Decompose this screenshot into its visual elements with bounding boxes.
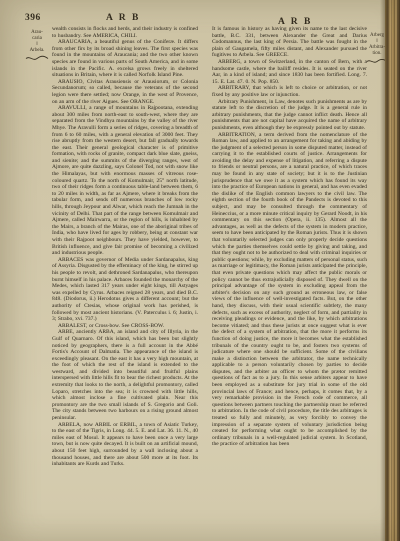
book-fore-edge <box>385 0 400 541</box>
entry-araucaria: ARAUCARIA, a beautiful genus of the Coni… <box>52 39 198 79</box>
margin-note-line: Arau- <box>31 30 43 35</box>
entry-arbitrary-punishment: Arbitrary Punishment, in Law, denotes su… <box>212 99 367 132</box>
margin-note-left: Arau- caria ‖ Arbela. <box>22 30 52 62</box>
entry-arausio: ARAUSIO, Civitas Arausiensis or Arausior… <box>52 79 198 105</box>
margin-note-line: ‖ <box>36 42 37 47</box>
left-column: wealth consists in flocks and herds, and… <box>52 26 198 468</box>
margin-flourish-icon <box>25 55 49 62</box>
entry-aravulli: ARAVULLI, a range of mountains in Rajpoo… <box>52 105 198 257</box>
entry-arbe: ARBE, anciently ARBA, an island and city… <box>52 329 198 421</box>
entry-arbela-continuation: It is famous in history as having given … <box>212 26 367 59</box>
book-page-scan: 396 A R B A R B Arau- caria ‖ Arbela. Ar… <box>0 0 400 541</box>
entry-arbaces: ARBACES was governor of Media under Sard… <box>52 257 198 323</box>
entry-arbitrary: ARBITRARY, that which is left to choice … <box>212 85 367 98</box>
entry-arbela: ARBELA, now ARBIL or ERBIL, a town of As… <box>52 422 198 468</box>
margin-note-line: ‖ <box>376 39 377 44</box>
margin-note-line: Arbela. <box>30 48 45 53</box>
right-column: It is famous in history as having given … <box>212 26 367 448</box>
entry-arberg: ARBERG, a town of Switzerland, in the ca… <box>212 59 367 85</box>
running-head-left: A R B <box>106 13 140 23</box>
margin-note-line: caria <box>32 36 42 41</box>
page-number: 396 <box>25 13 41 23</box>
entry-araucania-continuation: wealth consists in flocks and herds, and… <box>52 26 198 39</box>
entry-arbitration: ARBITRATION, a term derived from the nom… <box>212 132 367 449</box>
